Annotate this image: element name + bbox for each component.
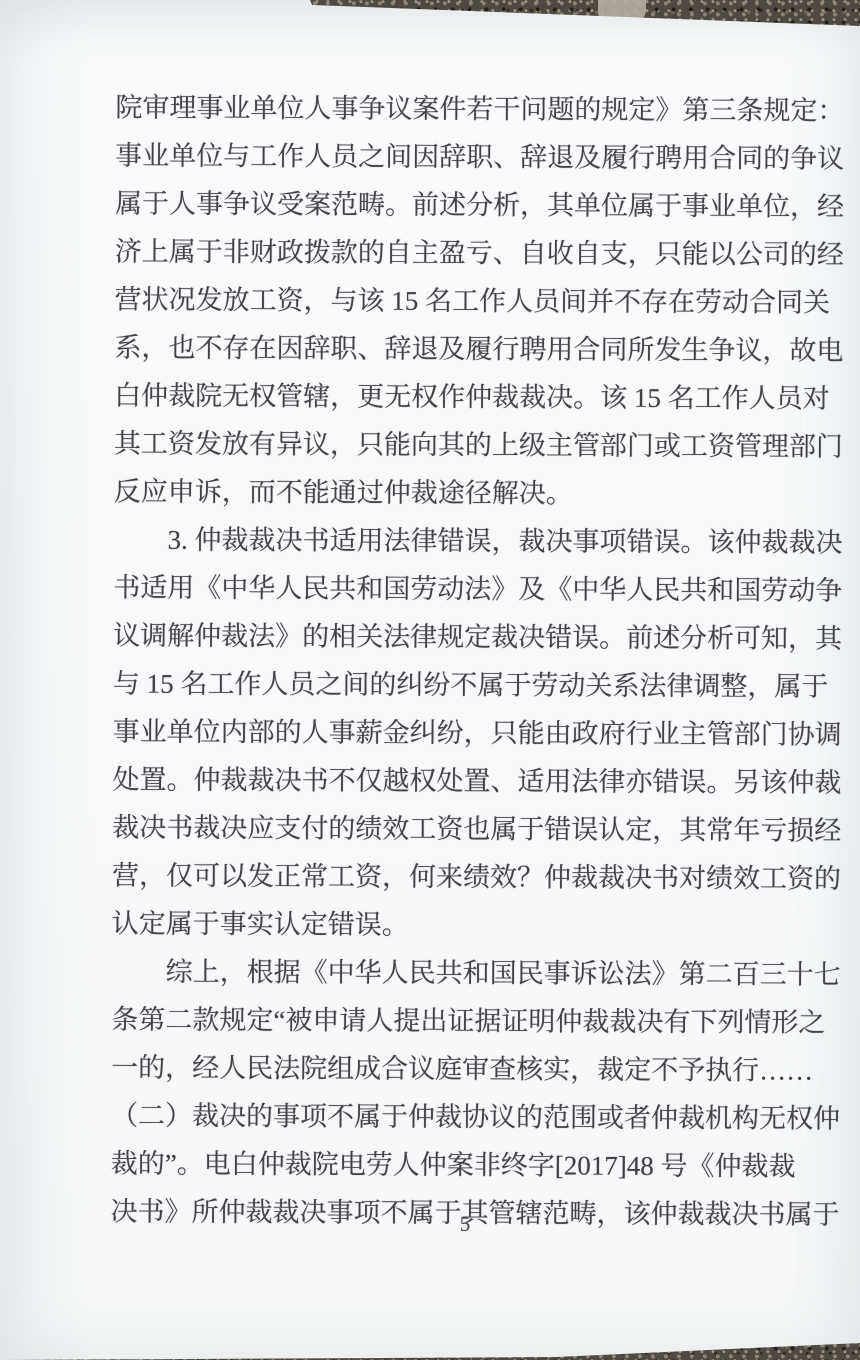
text-line: 条第二款规定“被申请人提出证据证明仲裁裁决有下列情形之	[111, 996, 793, 1047]
text-line: 营状况发放工资，与该 15 名工作人员间并不存在劳动合同关	[114, 276, 796, 327]
page-number: 5	[430, 1212, 500, 1237]
text-line: 处置。仲裁裁决书不仅越权处置、适用法律亦错误。另该仲裁	[112, 756, 794, 807]
text-line: （二）裁决的事项不属于仲裁协议的范围或者仲裁机构无权仲	[111, 1092, 793, 1143]
text-line: 营，仅可以发正常工资，何来绩效？仲裁裁决书对绩效工资的	[112, 852, 794, 903]
text-line: 裁的”。电白仲裁院电劳人仲案非终字[2017]48 号《仲裁裁	[111, 1140, 793, 1191]
text-line: 综上，根据《中华人民共和国民事诉讼法》第二百三十七	[112, 948, 794, 999]
text-line: 事业单位内部的人事薪金纠纷，只能由政府行业主管部门协调	[113, 708, 795, 759]
text-line: 系，也不存在因辞职、辞退及履行聘用合同所发生争议，故电	[114, 324, 796, 375]
text-line: 白仲裁院无权管辖，更无权作仲裁裁决。该 15 名工作人员对	[114, 372, 796, 423]
body-text: 院审理事业单位人事争议案件若干问题的规定》第三条规定： 事业单位与工作人员之间因…	[110, 84, 797, 1239]
document-page: 院审理事业单位人事争议案件若干问题的规定》第三条规定： 事业单位与工作人员之间因…	[0, 0, 860, 1360]
text-line: 反应申诉，而不能通过仲裁途径解决。	[114, 468, 796, 519]
text-line: 一的，经人民法院组成合议庭审查核实，裁定不予执行……	[111, 1044, 793, 1095]
text-line: 裁决书裁决应支付的绩效工资也属于错误认定，其常年亏损经	[112, 804, 794, 855]
text-line: 院审理事业单位人事争议案件若干问题的规定》第三条规定：	[115, 84, 797, 135]
text-line: 议调解仲裁法》的相关法律规定裁决错误。前述分析可知，其	[113, 612, 795, 663]
text-line: 其工资发放有异议，只能向其的上级主管部门或工资管理部门	[114, 420, 796, 471]
text-line: 书适用《中华人民共和国劳动法》及《中华人民共和国劳动争	[113, 564, 795, 615]
text-line: 3. 仲裁裁决书适用法律错误，裁决事项错误。该仲裁裁决	[113, 516, 795, 567]
text-line: 事业单位与工作人员之间因辞职、辞退及履行聘用合同的争议	[115, 132, 797, 183]
text-line: 认定属于事实认定错误。	[112, 900, 794, 951]
text-line: 与 15 名工作人员之间的纠纷不属于劳动关系法律调整，属于	[113, 660, 795, 711]
text-line: 济上属于非财政拨款的自主盈亏、自收自支，只能以公司的经	[115, 228, 797, 279]
text-line: 属于人事争议受案范畴。前述分析，其单位属于事业单位，经	[115, 180, 797, 231]
